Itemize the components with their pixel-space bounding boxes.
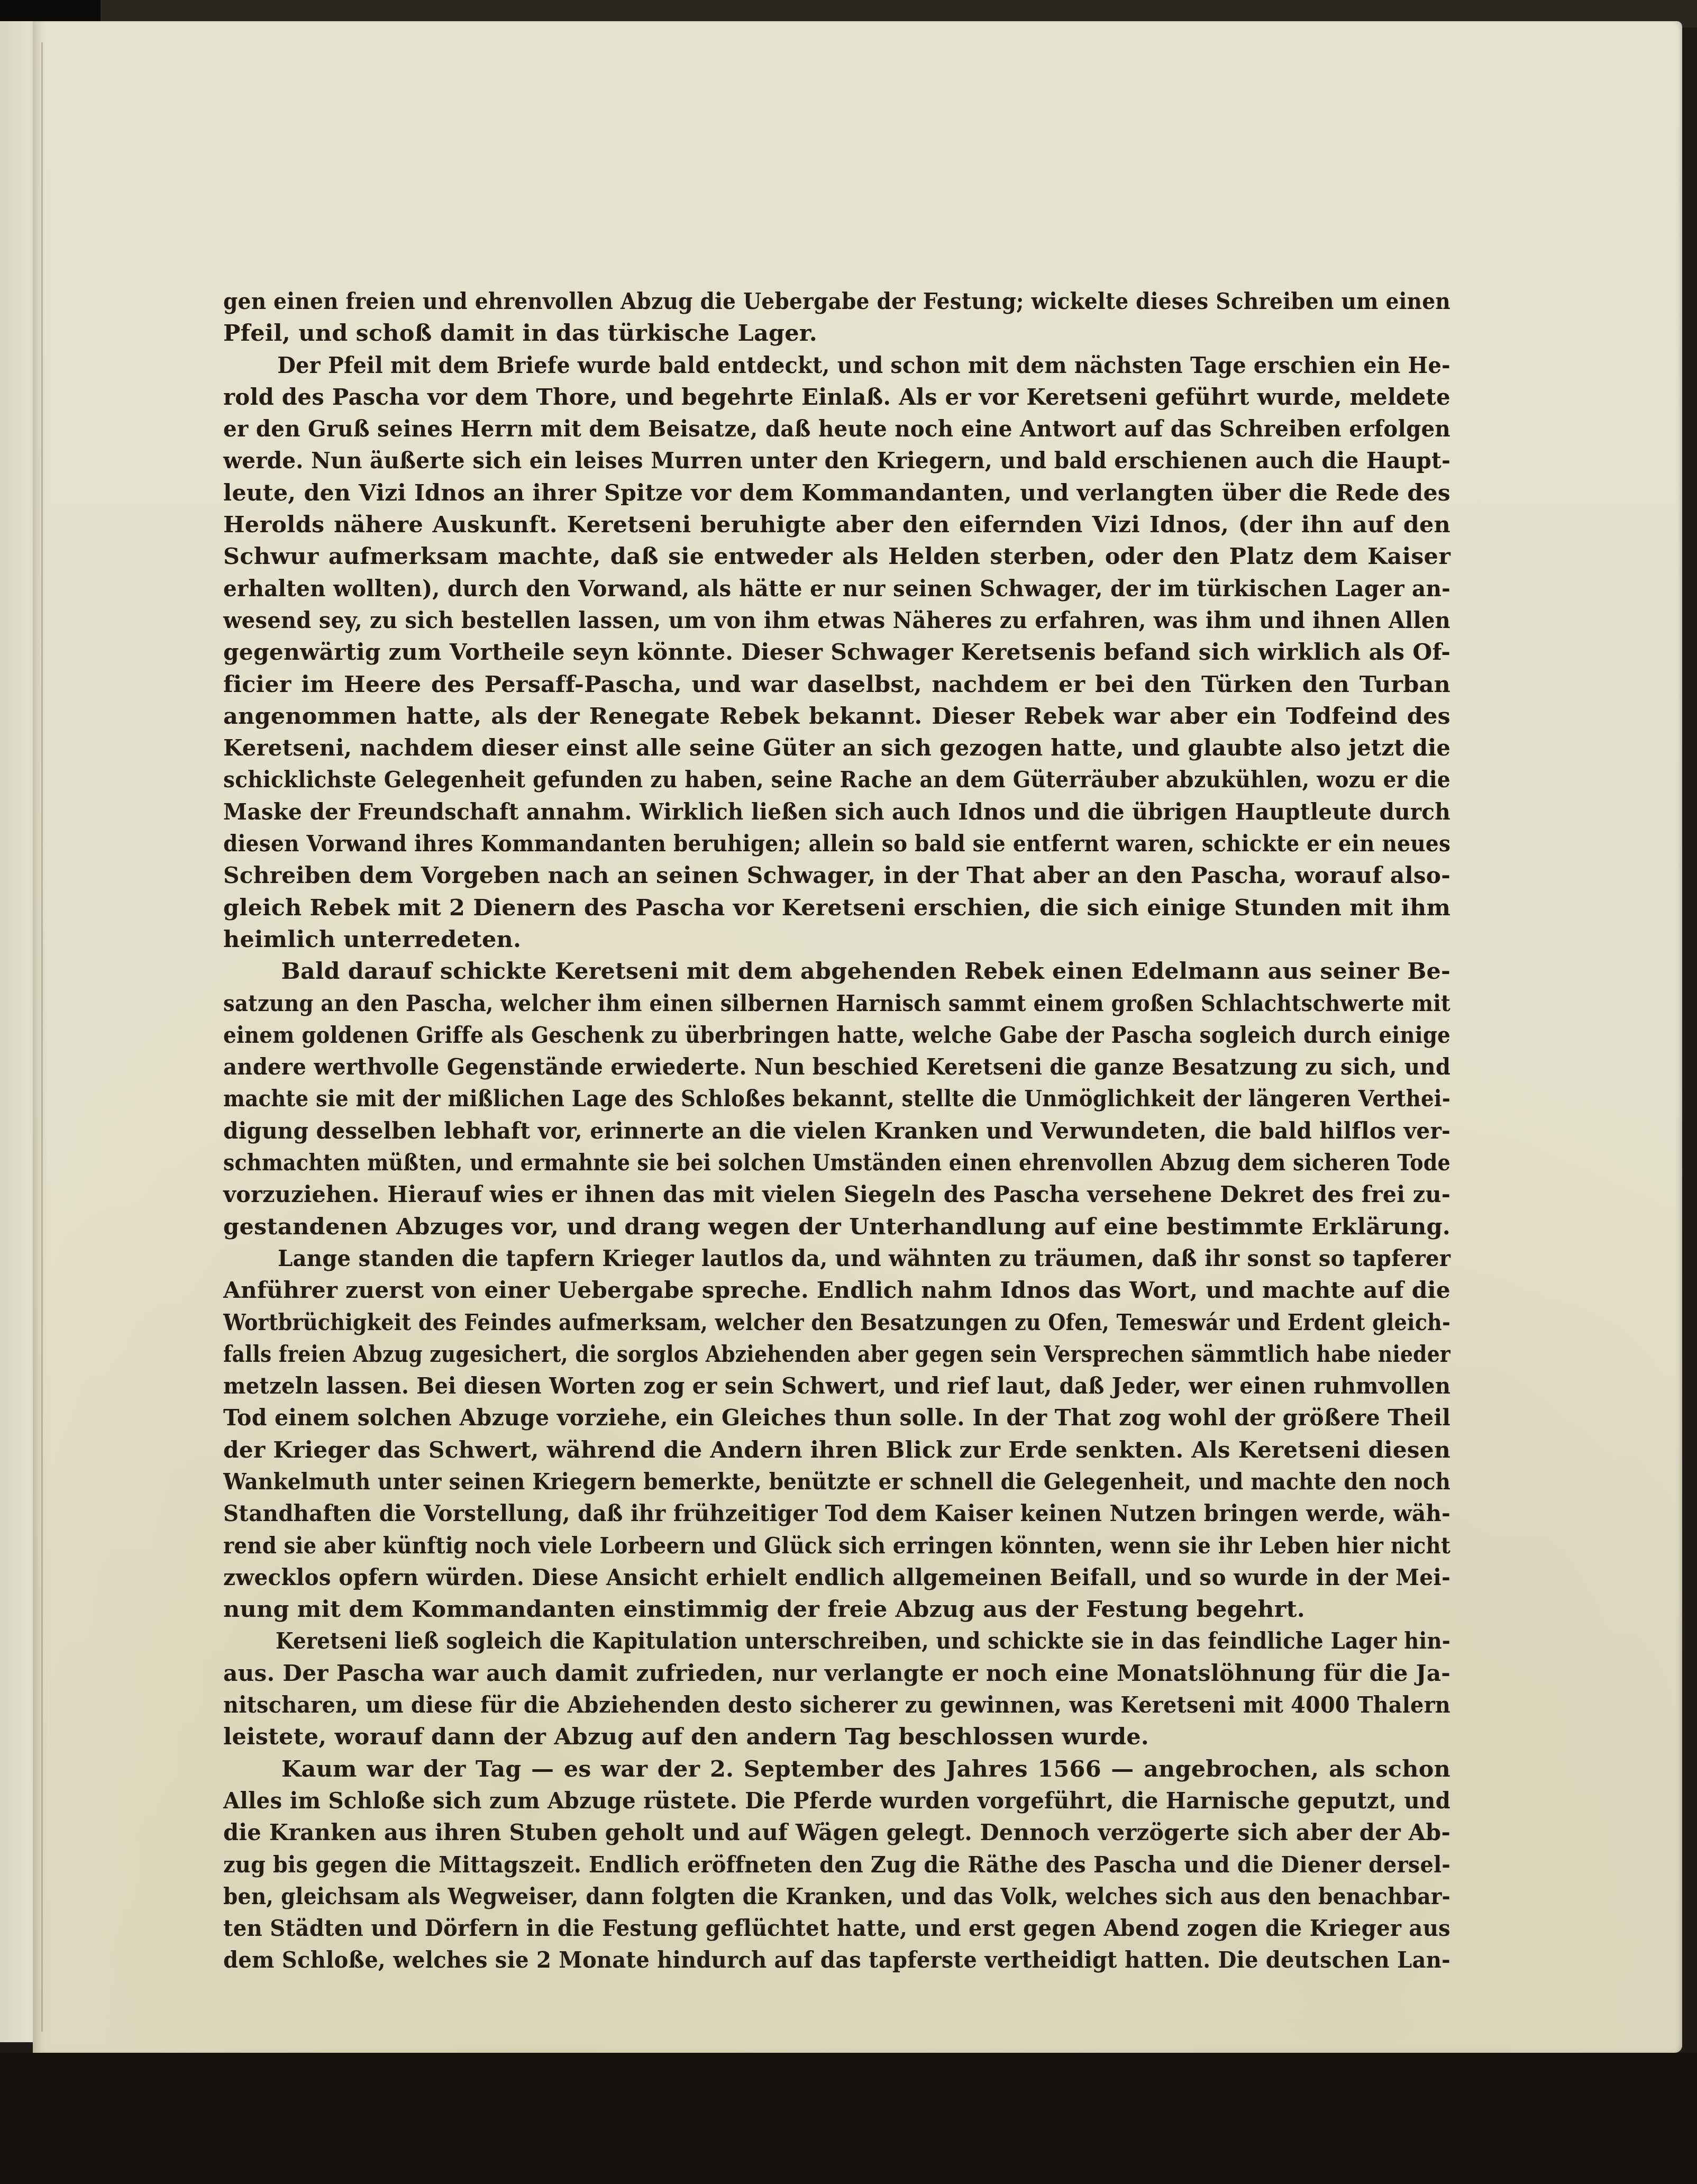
text-line: falls freien Abzug zugesichert, die sorg… [223,1339,1450,1370]
text-line: der Krieger das Schwert, während die And… [223,1434,1450,1466]
text-line: werde. Nun äußerte sich ein leises Murre… [223,445,1450,477]
text-line: dem Schloße, welches sie 2 Monate hindur… [223,1944,1369,1976]
text-line: diesen Vorwand ihres Kommandanten beruhi… [223,828,1450,860]
text-line: machte sie mit der mißlichen Lage des Sc… [223,1083,1450,1115]
text-line: Bald darauf schickte Keretseni mit dem a… [223,956,1509,987]
text-line: aus. Der Pascha war auch damit zufrieden… [223,1658,1450,1689]
text-line: andere werthvolle Gegenstände erwiederte… [223,1051,1450,1083]
text-line: zug bis gegen die Mittagszeit. Endlich e… [223,1849,1450,1881]
paragraph: Bald darauf schickte Keretseni mit dem a… [223,956,1450,1243]
text-line: gen einen freien und ehrenvollen Abzug d… [223,286,1450,317]
text-line: Keretseni, nachdem dieser einst alle sei… [223,732,1450,764]
text-line: rend sie aber künftig noch viele Lorbeer… [223,1530,1450,1562]
text-line: Wortbrüchigkeit des Feindes aufmerksam, … [223,1307,1450,1339]
text-line: Standhaften die Vorstellung, daß ihr frü… [223,1498,1450,1530]
paragraph: Der Pfeil mit dem Briefe wurde bald entd… [223,350,1450,956]
text-line: schicklichste Gelegenheit gefunden zu ha… [223,764,1450,796]
text-line: ten Städten und Dörfern in die Festung g… [223,1913,1450,1944]
text-line: gleich Rebek mit 2 Dienern des Pascha vo… [223,892,1450,924]
paragraph: gen einen freien und ehrenvollen Abzug d… [223,286,1450,350]
text-line: Der Pfeil mit dem Briefe wurde bald entd… [223,350,1504,381]
text-line: zwecklos opfern würden. Diese Ansicht er… [223,1562,1450,1594]
text-line: Wankelmuth unter seinen Kriegern bemerkt… [223,1466,1450,1498]
text-line: leistete, worauf dann der Abzug auf den … [223,1721,1450,1753]
text-line: heimlich unterredeten. [223,924,1450,956]
text-line: Schreiben dem Vorgeben nach an seinen Sc… [223,860,1450,891]
text-line: digung desselben lebhaft vor, erinnerte … [223,1115,1450,1147]
text-line: erhalten wollten), durch den Vorwand, al… [223,573,1450,605]
text-line: die Kranken aus ihren Stuben geholt und … [223,1817,1450,1849]
text-line: Pfeil, und schoß damit in das türkische … [223,317,1450,349]
text-line: Herolds nähere Auskunft. Keretseni beruh… [223,509,1450,541]
paragraph: Keretseni ließ sogleich die Kapitulation… [223,1625,1450,1753]
text-line: Maske der Freundschaft annahm. Wirklich … [223,796,1450,828]
text-line: ben, gleichsam als Wegweiser, dann folgt… [223,1881,1450,1913]
text-line: Schwur aufmerksam machte, daß sie entwed… [223,541,1450,572]
text-line: er den Gruß seines Herrn mit dem Beisatz… [223,413,1450,445]
text-line: nitscharen, um diese für die Abziehenden… [223,1689,1450,1721]
body-text: gen einen freien und ehrenvollen Abzug d… [223,286,1450,1977]
text-line: gegenwärtig zum Vortheile seyn könnte. D… [223,636,1450,668]
text-line: rold des Pascha vor dem Thore, und begeh… [223,381,1450,413]
text-line: Anführer zuerst von einer Uebergabe spre… [223,1275,1450,1306]
text-line: Alles im Schloße sich zum Abzuge rüstete… [223,1785,1450,1817]
text-line: gestandenen Abzuges vor, und drang wegen… [223,1211,1456,1243]
text-line: einem goldenen Griffe als Geschenk zu üb… [223,1020,1450,1051]
paragraph: Kaum war der Tag — es war der 2. Septemb… [223,1753,1450,1977]
page-gutter-fold [41,42,43,2032]
text-line: schmachten müßten, und ermahnte sie bei … [223,1147,1450,1179]
text-line: ficier im Heere des Persaff-Pascha, und … [223,669,1450,700]
text-line: metzeln lassen. Bei diesen Worten zog er… [223,1370,1450,1402]
text-line: Tod einem solchen Abzuge vorziehe, ein G… [223,1402,1450,1434]
text-line: Lange standen die tapfern Krieger lautlo… [223,1243,1505,1275]
text-line: Keretseni ließ sogleich die Kapitulation… [223,1625,1503,1657]
paragraph: Lange standen die tapfern Krieger lautlo… [223,1243,1450,1626]
text-line: angenommen hatte, als der Renegate Rebek… [223,700,1450,732]
scanner-background-bottom [0,2053,1697,2184]
text-line: vorzuziehen. Hierauf wies er ihnen das m… [223,1179,1450,1211]
text-line: nung mit dem Kommandanten einstimmig der… [223,1594,1450,1625]
text-line: Kaum war der Tag — es war der 2. Septemb… [223,1753,1450,1785]
text-line: leute, den Vizi Idnos an ihrer Spitze vo… [223,477,1450,509]
text-line: wesend sey, zu sich bestellen lassen, um… [223,605,1450,636]
text-line: satzung an den Pascha, welcher ihm einen… [223,988,1450,1020]
